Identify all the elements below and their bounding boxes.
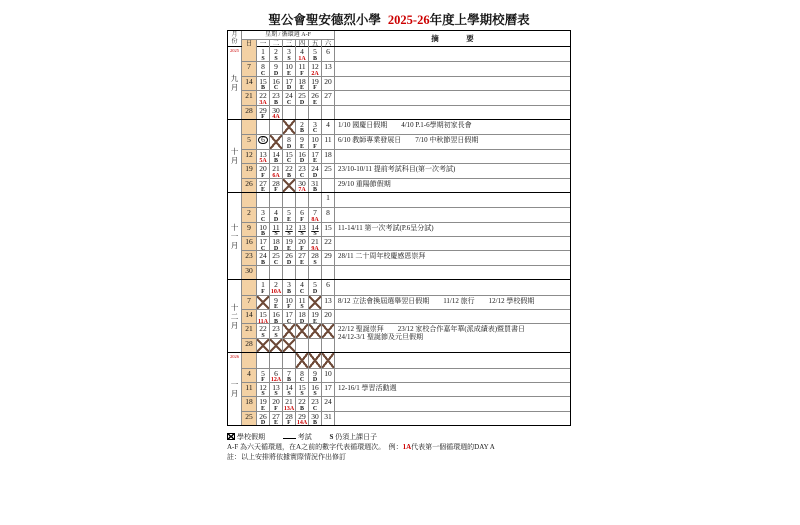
month-name: 十一月 — [231, 223, 239, 250]
day-cell: 1F — [256, 280, 269, 294]
day-cell: 22B — [282, 163, 295, 177]
date-number: 6 — [258, 136, 268, 145]
day-cell: 22 — [321, 236, 334, 250]
date-number: 25 — [322, 165, 334, 173]
day-cell — [282, 265, 295, 279]
note-text: 12-16/1 學習活動週 — [338, 385, 397, 392]
day-header: 二 — [269, 40, 282, 47]
date-number: 18 — [270, 238, 282, 246]
note-cell: 29/10 重陽節假期 — [334, 178, 570, 192]
day-cell — [321, 178, 334, 192]
legend-exam: 考試 — [283, 433, 312, 441]
day-header: 六 — [321, 40, 334, 47]
date-number: 15 — [283, 151, 295, 159]
note-cell — [334, 368, 570, 382]
day-cell: 6 — [256, 134, 269, 148]
month-block: 十月2B3C41/10 國慶日假期 4/10 P.1-6學期初家長會568D9E… — [228, 119, 570, 192]
day-cell: 20F — [256, 163, 269, 177]
date-number: 21 — [242, 92, 256, 100]
day-cell: 9E — [295, 134, 308, 148]
date-number: 18 — [322, 151, 334, 159]
month-name: 十二月 — [231, 303, 239, 330]
legend-line-cycle: A-F 為六天循環週，在A之前的數字代表循環週次。 例：1A代表第一個循環週的D… — [227, 442, 571, 452]
date-number: 6 — [270, 370, 282, 378]
date-number: 10 — [283, 297, 295, 305]
date-number: 21 — [270, 165, 282, 173]
day-cell: 26D — [256, 411, 269, 425]
date-number: 26 — [283, 252, 295, 260]
note-cell — [334, 236, 570, 250]
day-cell — [308, 193, 321, 207]
day-cell: 3S — [282, 47, 295, 61]
month-name: 九月 — [231, 74, 239, 92]
day-cell: 19E — [308, 309, 321, 323]
calendar-header: 月 份 星期 / 循環週 A-F 日一二三四五六 摘 要 — [228, 31, 570, 47]
date-number: 19 — [242, 165, 256, 173]
date-number: 21 — [242, 325, 256, 333]
day-cell: 135A — [256, 149, 269, 163]
day-cell: 6 — [321, 47, 334, 61]
holiday-day-cell — [282, 178, 295, 192]
day-cell: 16D — [295, 149, 308, 163]
legend: 學校假期 考試 S 仍須上課日子 A-F 為六天循環週，在A之前的數字代表循環週… — [227, 432, 571, 462]
date-number: 23 — [270, 92, 282, 100]
day-cell: 26D — [282, 250, 295, 264]
legend-cycle-pre: A-F 為六天循環週，在A之前的數字代表循環週次。 例： — [227, 443, 403, 451]
day-cell: 10B — [256, 222, 269, 236]
day-cell: 11 — [321, 134, 334, 148]
day-cell: 20 — [321, 309, 334, 323]
month-label: 2026一月 — [228, 353, 242, 425]
date-number: 1 — [322, 194, 334, 202]
holiday-day-cell — [256, 295, 269, 309]
day-cell — [256, 265, 269, 279]
date-number: 4 — [322, 121, 334, 129]
date-number: 23 — [270, 325, 282, 333]
week-row: 910B11S12S13S14S1511-14/11 第一次考試(P.6呈分試) — [242, 222, 570, 236]
day-cell: 307A — [295, 178, 308, 192]
day-cell: 16C — [269, 76, 282, 90]
calendar-months: 2025九月1S2S3S41A5B678C9D10E11F122A131415B… — [228, 47, 570, 425]
day-cell: 4D — [269, 207, 282, 221]
day-cell: 13 — [321, 295, 334, 309]
week-row: 1112S13S14S15S16S1712-16/1 學習活動週 — [242, 382, 570, 396]
date-number: 22 — [283, 165, 295, 173]
day-cell: 7 — [242, 61, 256, 75]
date-number: 25 — [270, 252, 282, 260]
week-row: 1819E20F2113A22B23C24 — [242, 396, 570, 410]
holiday-day-cell — [308, 353, 321, 367]
holiday-day-cell — [282, 120, 295, 134]
day-cell: 23 — [242, 250, 256, 264]
day-cell: 9E — [269, 295, 282, 309]
day-cell — [321, 265, 334, 279]
month-rows: 123C4D5E6F78A8910B11S12S13S14S1511-14/11… — [242, 193, 570, 279]
date-number: 25 — [242, 413, 256, 421]
note-cell — [334, 309, 570, 323]
note-text: 6/10 教師專業發展日 7/10 中秋節翌日假期 — [338, 137, 478, 144]
day-cell: 16B — [269, 309, 282, 323]
calendar-sheet: 聖公會聖安德烈小學2025-26年度上學期校曆表 月 份 星期 / 循環週 A-… — [227, 13, 571, 462]
date-number: 7 — [242, 297, 256, 305]
date-number: 31 — [322, 413, 334, 421]
note-cell: 11-14/11 第一次考試(P.6呈分試) — [334, 222, 570, 236]
note-cell — [334, 193, 570, 207]
day-cell: 13S — [269, 382, 282, 396]
date-number: 5 — [283, 209, 295, 217]
day-cell: 5D — [308, 280, 321, 294]
date-number: 9 — [296, 136, 308, 144]
date-number: 15 — [322, 224, 334, 232]
date-number: 29 — [322, 252, 334, 260]
day-cell — [242, 120, 256, 134]
date-number: 18 — [296, 311, 308, 319]
day-cell: 28F — [282, 411, 295, 425]
day-cell: 18D — [269, 236, 282, 250]
day-cell: 27E — [295, 250, 308, 264]
holiday-day-cell — [282, 338, 295, 352]
day-cell: 15C — [282, 149, 295, 163]
cycle-day-label: B — [309, 420, 321, 426]
day-cell: 223A — [256, 90, 269, 104]
date-number: 27 — [296, 252, 308, 260]
week-row: 2324B25C26D27E28S2928/11 二十周年校慶感恩崇拜 — [242, 250, 570, 264]
date-number: 11 — [322, 136, 334, 144]
year-label: 2025 — [228, 48, 241, 53]
day-cell — [242, 353, 256, 367]
date-number: 21 — [283, 398, 295, 406]
calendar-table: 月 份 星期 / 循環週 A-F 日一二三四五六 摘 要 2025九月1S2S3… — [227, 30, 571, 426]
day-cell — [308, 265, 321, 279]
day-cell: 11F — [295, 61, 308, 75]
cycle-day-label: D — [257, 420, 269, 426]
legend-line-symbols: 學校假期 考試 S 仍須上課日子 — [227, 432, 571, 442]
note-cell — [334, 61, 570, 75]
legend-exam-label: 考試 — [298, 433, 312, 441]
holiday-day-cell — [295, 323, 308, 337]
holiday-day-cell — [269, 338, 282, 352]
day-cell — [242, 280, 256, 294]
date-number: 17 — [283, 311, 295, 319]
date-number: 15 — [257, 311, 269, 319]
date-number: 30 — [270, 107, 282, 115]
date-number: 30 — [296, 180, 308, 188]
day-cell: 11S — [269, 222, 282, 236]
note-cell: 6/10 教師專業發展日 7/10 中秋節翌日假期 — [334, 134, 570, 148]
date-number: 5 — [257, 370, 269, 378]
week-row: 1F210A3B4C5D6 — [242, 280, 570, 294]
day-cell: 22S — [256, 323, 269, 337]
month-label: 十二月 — [228, 280, 242, 352]
date-number: 14 — [242, 311, 256, 319]
date-number: 7 — [309, 209, 321, 217]
date-number: 3 — [257, 209, 269, 217]
note-cell: 12-16/1 學習活動週 — [334, 382, 570, 396]
holiday-day-cell — [256, 338, 269, 352]
date-number: 12 — [309, 63, 321, 71]
legend-holiday-label: 學校假期 — [237, 433, 265, 441]
day-cell: 27E — [256, 178, 269, 192]
title-rest: 年度上學期校曆表 — [430, 13, 530, 27]
day-cell — [321, 338, 334, 352]
date-number: 17 — [322, 384, 334, 392]
date-number: 28 — [242, 107, 256, 115]
day-cell: 24C — [282, 90, 295, 104]
date-number: 11 — [296, 297, 308, 305]
day-cell: 9D — [308, 368, 321, 382]
day-cell: 18 — [321, 149, 334, 163]
day-cell: 22B — [295, 396, 308, 410]
day-cell: 14 — [242, 76, 256, 90]
date-number: 31 — [309, 180, 321, 188]
month-name: 十月 — [231, 147, 239, 165]
day-cell: 216A — [269, 163, 282, 177]
note-text: 8/12 立法會換屆選舉翌日假期 11/12 旅行 12/12 學校假期 — [338, 298, 534, 305]
date-number: 22 — [322, 238, 334, 246]
day-header: 三 — [282, 40, 295, 47]
day-cell: 10F — [308, 134, 321, 148]
day-cell: 17E — [308, 149, 321, 163]
day-cell: 16 — [242, 236, 256, 250]
date-number: 12 — [257, 384, 269, 392]
note-cell — [334, 76, 570, 90]
day-cell: 1511A — [256, 309, 269, 323]
date-number: 4 — [296, 48, 308, 56]
day-cell: 219A — [308, 236, 321, 250]
day-cell: 27 — [321, 90, 334, 104]
date-number: 24 — [322, 398, 334, 406]
day-cell: 210A — [269, 280, 282, 294]
day-cell — [269, 193, 282, 207]
date-number: 28 — [283, 413, 295, 421]
year-label: 2026 — [228, 354, 241, 359]
date-number: 16 — [309, 384, 321, 392]
date-number: 29 — [257, 107, 269, 115]
day-cell: 28 — [242, 105, 256, 119]
holiday-cross-icon — [227, 433, 235, 440]
header-week-cycle: 星期 / 循環週 A-F — [242, 31, 334, 39]
day-cell: 7 — [242, 295, 256, 309]
note-text: 22/12 聖誕崇拜 23/12 家校合作嘉年華(派成績表)暨買書日 24/12… — [338, 326, 525, 341]
week-row: 79E10F11S138/12 立法會換屆選舉翌日假期 11/12 旅行 12/… — [242, 295, 570, 309]
day-cell: 20F — [295, 236, 308, 250]
holiday-day-cell — [321, 323, 334, 337]
date-number: 7 — [242, 63, 256, 71]
week-row: 45F612A7B8C9D10 — [242, 368, 570, 382]
day-cell: 21 — [242, 323, 256, 337]
week-row — [242, 353, 570, 367]
day-cell: 14S — [308, 222, 321, 236]
day-header: 日 — [242, 40, 256, 47]
legend-cycle-example: 1A — [403, 443, 412, 451]
header-week-section: 星期 / 循環週 A-F 日一二三四五六 — [242, 31, 334, 46]
day-header: 一 — [256, 40, 269, 47]
date-number: 30 — [309, 413, 321, 421]
day-cell: 31 — [321, 411, 334, 425]
date-number: 5 — [309, 48, 321, 56]
date-number: 19 — [309, 311, 321, 319]
date-number: 2 — [270, 48, 282, 56]
day-cell — [282, 353, 295, 367]
day-cell — [282, 193, 295, 207]
day-cell: 14B — [269, 149, 282, 163]
note-cell: 1/10 國慶日假期 4/10 P.1-6學期初家長會 — [334, 120, 570, 134]
date-number: 9 — [270, 297, 282, 305]
date-number: 11 — [242, 384, 256, 392]
day-cell: 19E — [256, 396, 269, 410]
day-cell: 122A — [308, 61, 321, 75]
week-row: 2526D27E28F2914A30B31 — [242, 411, 570, 425]
day-cell: 20F — [269, 396, 282, 410]
day-cell — [295, 193, 308, 207]
day-cell: 24D — [308, 163, 321, 177]
day-cell: 16S — [308, 382, 321, 396]
day-cell: 31B — [308, 178, 321, 192]
week-row: 21223A23B24C25D26E27 — [242, 90, 570, 104]
day-cell: 28F — [269, 178, 282, 192]
day-cell: 30B — [308, 411, 321, 425]
date-number: 12 — [283, 224, 295, 232]
date-number: 10 — [309, 136, 321, 144]
date-number: 16 — [296, 151, 308, 159]
date-number: 14 — [309, 224, 321, 232]
date-number: 5 — [309, 281, 321, 289]
date-number: 20 — [270, 398, 282, 406]
date-number: 16 — [270, 311, 282, 319]
date-number: 28 — [270, 180, 282, 188]
week-row: 2829F304A — [242, 105, 570, 119]
date-number: 2 — [296, 121, 308, 129]
date-number: 9 — [270, 63, 282, 71]
date-number: 17 — [309, 151, 321, 159]
date-number: 14 — [283, 384, 295, 392]
day-cell: 612A — [269, 368, 282, 382]
page: { "title": { "school": "聖公會聖安德烈小學", "yea… — [0, 0, 800, 525]
date-number: 22 — [257, 92, 269, 100]
cycle-day-label: E — [270, 420, 282, 426]
date-number: 22 — [257, 325, 269, 333]
day-cell — [295, 105, 308, 119]
month-label: 2025九月 — [228, 47, 242, 119]
note-cell — [334, 149, 570, 163]
week-row: 568D9E10F116/10 教師專業發展日 7/10 中秋節翌日假期 — [242, 134, 570, 148]
day-cell: 5B — [308, 47, 321, 61]
week-row: 30 — [242, 265, 570, 279]
holiday-day-cell — [321, 353, 334, 367]
day-cell — [242, 193, 256, 207]
month-block: 十一月123C4D5E6F78A8910B11S12S13S14S1511-14… — [228, 192, 570, 279]
day-cell: 2 — [242, 207, 256, 221]
day-cell: 5 — [242, 134, 256, 148]
date-number: 20 — [322, 78, 334, 86]
legend-s-label: 仍須上課日子 — [335, 433, 377, 441]
day-cell: 15B — [256, 76, 269, 90]
day-cell: 25D — [295, 90, 308, 104]
month-rows: 1S2S3S41A5B678C9D10E11F122A131415B16C17D… — [242, 47, 570, 119]
date-number: 22 — [296, 398, 308, 406]
note-cell — [334, 105, 570, 119]
date-number: 17 — [257, 238, 269, 246]
week-row: 1 — [242, 193, 570, 207]
day-cell: 8C — [256, 61, 269, 75]
day-cell: 2914A — [295, 411, 308, 425]
day-cell: 19F — [308, 76, 321, 90]
date-number: 9 — [309, 370, 321, 378]
day-cell: 23B — [269, 90, 282, 104]
month-label: 十月 — [228, 120, 242, 192]
day-cell: 25 — [242, 411, 256, 425]
day-cell: 4C — [295, 280, 308, 294]
month-block: 2026一月45F612A7B8C9D101112S13S14S15S16S17… — [228, 352, 570, 425]
day-cell: 17D — [282, 76, 295, 90]
week-row: 1920F216A22B23C24D2523/10-10/11 提前考試科目(第… — [242, 163, 570, 177]
date-number: 26 — [309, 92, 321, 100]
week-row: 2122S23S22/12 聖誕崇拜 23/12 家校合作嘉年華(派成績表)暨買… — [242, 323, 570, 337]
day-cell: 10E — [282, 61, 295, 75]
note-cell — [334, 411, 570, 425]
date-number: 21 — [309, 238, 321, 246]
week-row: 1415B16C17D18E19F20 — [242, 76, 570, 90]
month-rows: 2B3C41/10 國慶日假期 4/10 P.1-6學期初家長會568D9E10… — [242, 120, 570, 192]
day-cell — [308, 105, 321, 119]
legend-holiday: 學校假期 — [227, 433, 265, 441]
day-cell: 5F — [256, 368, 269, 382]
day-cell: 2113A — [282, 396, 295, 410]
date-number: 4 — [296, 281, 308, 289]
day-cell: 28S — [308, 250, 321, 264]
cycle-day-label: F — [283, 420, 295, 426]
day-cell: 17C — [256, 236, 269, 250]
day-cell: 27E — [269, 411, 282, 425]
day-cell: 30 — [242, 265, 256, 279]
date-number: 8 — [283, 136, 295, 144]
note-cell — [334, 90, 570, 104]
date-number: 14 — [270, 151, 282, 159]
date-number: 28 — [242, 340, 256, 348]
month-label: 十一月 — [228, 193, 242, 279]
day-cell: 9 — [242, 222, 256, 236]
cycle-day-label: 14A — [296, 420, 308, 426]
date-number: 19 — [283, 238, 295, 246]
day-cell — [256, 120, 269, 134]
day-cell: 7B — [282, 368, 295, 382]
day-cell — [269, 353, 282, 367]
header-month-bottom: 份 — [228, 39, 241, 46]
week-row: 1S2S3S41A5B6 — [242, 47, 570, 61]
note-cell: 28/11 二十周年校慶感恩崇拜 — [334, 250, 570, 264]
month-block: 2025九月1S2S3S41A5B678C9D10E11F122A131415B… — [228, 47, 570, 119]
date-number: 13 — [257, 151, 269, 159]
header-month-top: 月 — [228, 32, 241, 39]
date-number: 19 — [257, 398, 269, 406]
note-text: 1/10 國慶日假期 4/10 P.1-6學期初家長會 — [338, 122, 472, 129]
day-cell: 25C — [269, 250, 282, 264]
note-cell — [334, 207, 570, 221]
date-number: 10 — [322, 370, 334, 378]
date-number: 11 — [296, 63, 308, 71]
day-cell: 3C — [308, 120, 321, 134]
day-cell: 23C — [308, 396, 321, 410]
title-year: 2025-26 — [388, 13, 430, 27]
date-number: 6 — [322, 48, 334, 56]
date-number: 17 — [283, 78, 295, 86]
day-cell: 4 — [321, 120, 334, 134]
legend-line-revision: 註：以上安排將依據實際情況作出修訂 — [227, 452, 571, 462]
day-cell: 10 — [321, 368, 334, 382]
date-number: 24 — [283, 92, 295, 100]
day-cell: 25 — [321, 163, 334, 177]
month-block: 十二月1F210A3B4C5D679E10F11S138/12 立法會換屆選舉翌… — [228, 279, 570, 352]
